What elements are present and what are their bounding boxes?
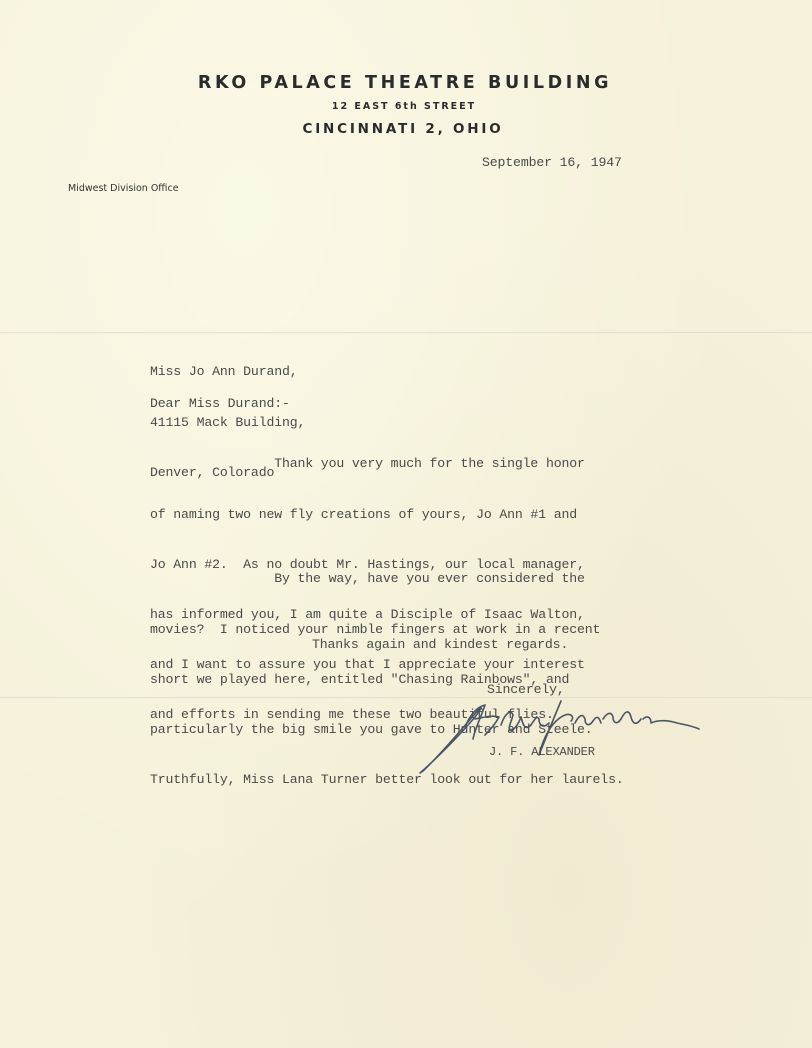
salutation: Dear Miss Durand:- [150,396,290,413]
paragraph-line: Thank you very much for the single honor [150,456,585,473]
recipient-name: Miss Jo Ann Durand, [150,364,305,381]
paragraph-line: By the way, have you ever considered the [150,571,624,588]
division-office-label: Midwest Division Office [68,183,179,194]
paragraph-line: of naming two new fly creations of yours… [150,507,585,524]
letterhead-title: RKO PALACE THEATRE BUILDING [0,73,811,93]
letterhead-street: 12 EAST 6th STREET [0,101,810,112]
paragraph-line: movies? I noticed your nimble fingers at… [150,622,624,639]
letterhead-city: CINCINNATI 2, OHIO [0,121,809,137]
fold-line-upper [0,332,812,334]
closing-line: Thanks again and kindest regards. [312,637,568,654]
handwritten-signature [415,695,705,780]
signer-name: J. F. ALEXANDER [489,744,595,761]
letter-date: September 16, 1947 [482,155,622,172]
